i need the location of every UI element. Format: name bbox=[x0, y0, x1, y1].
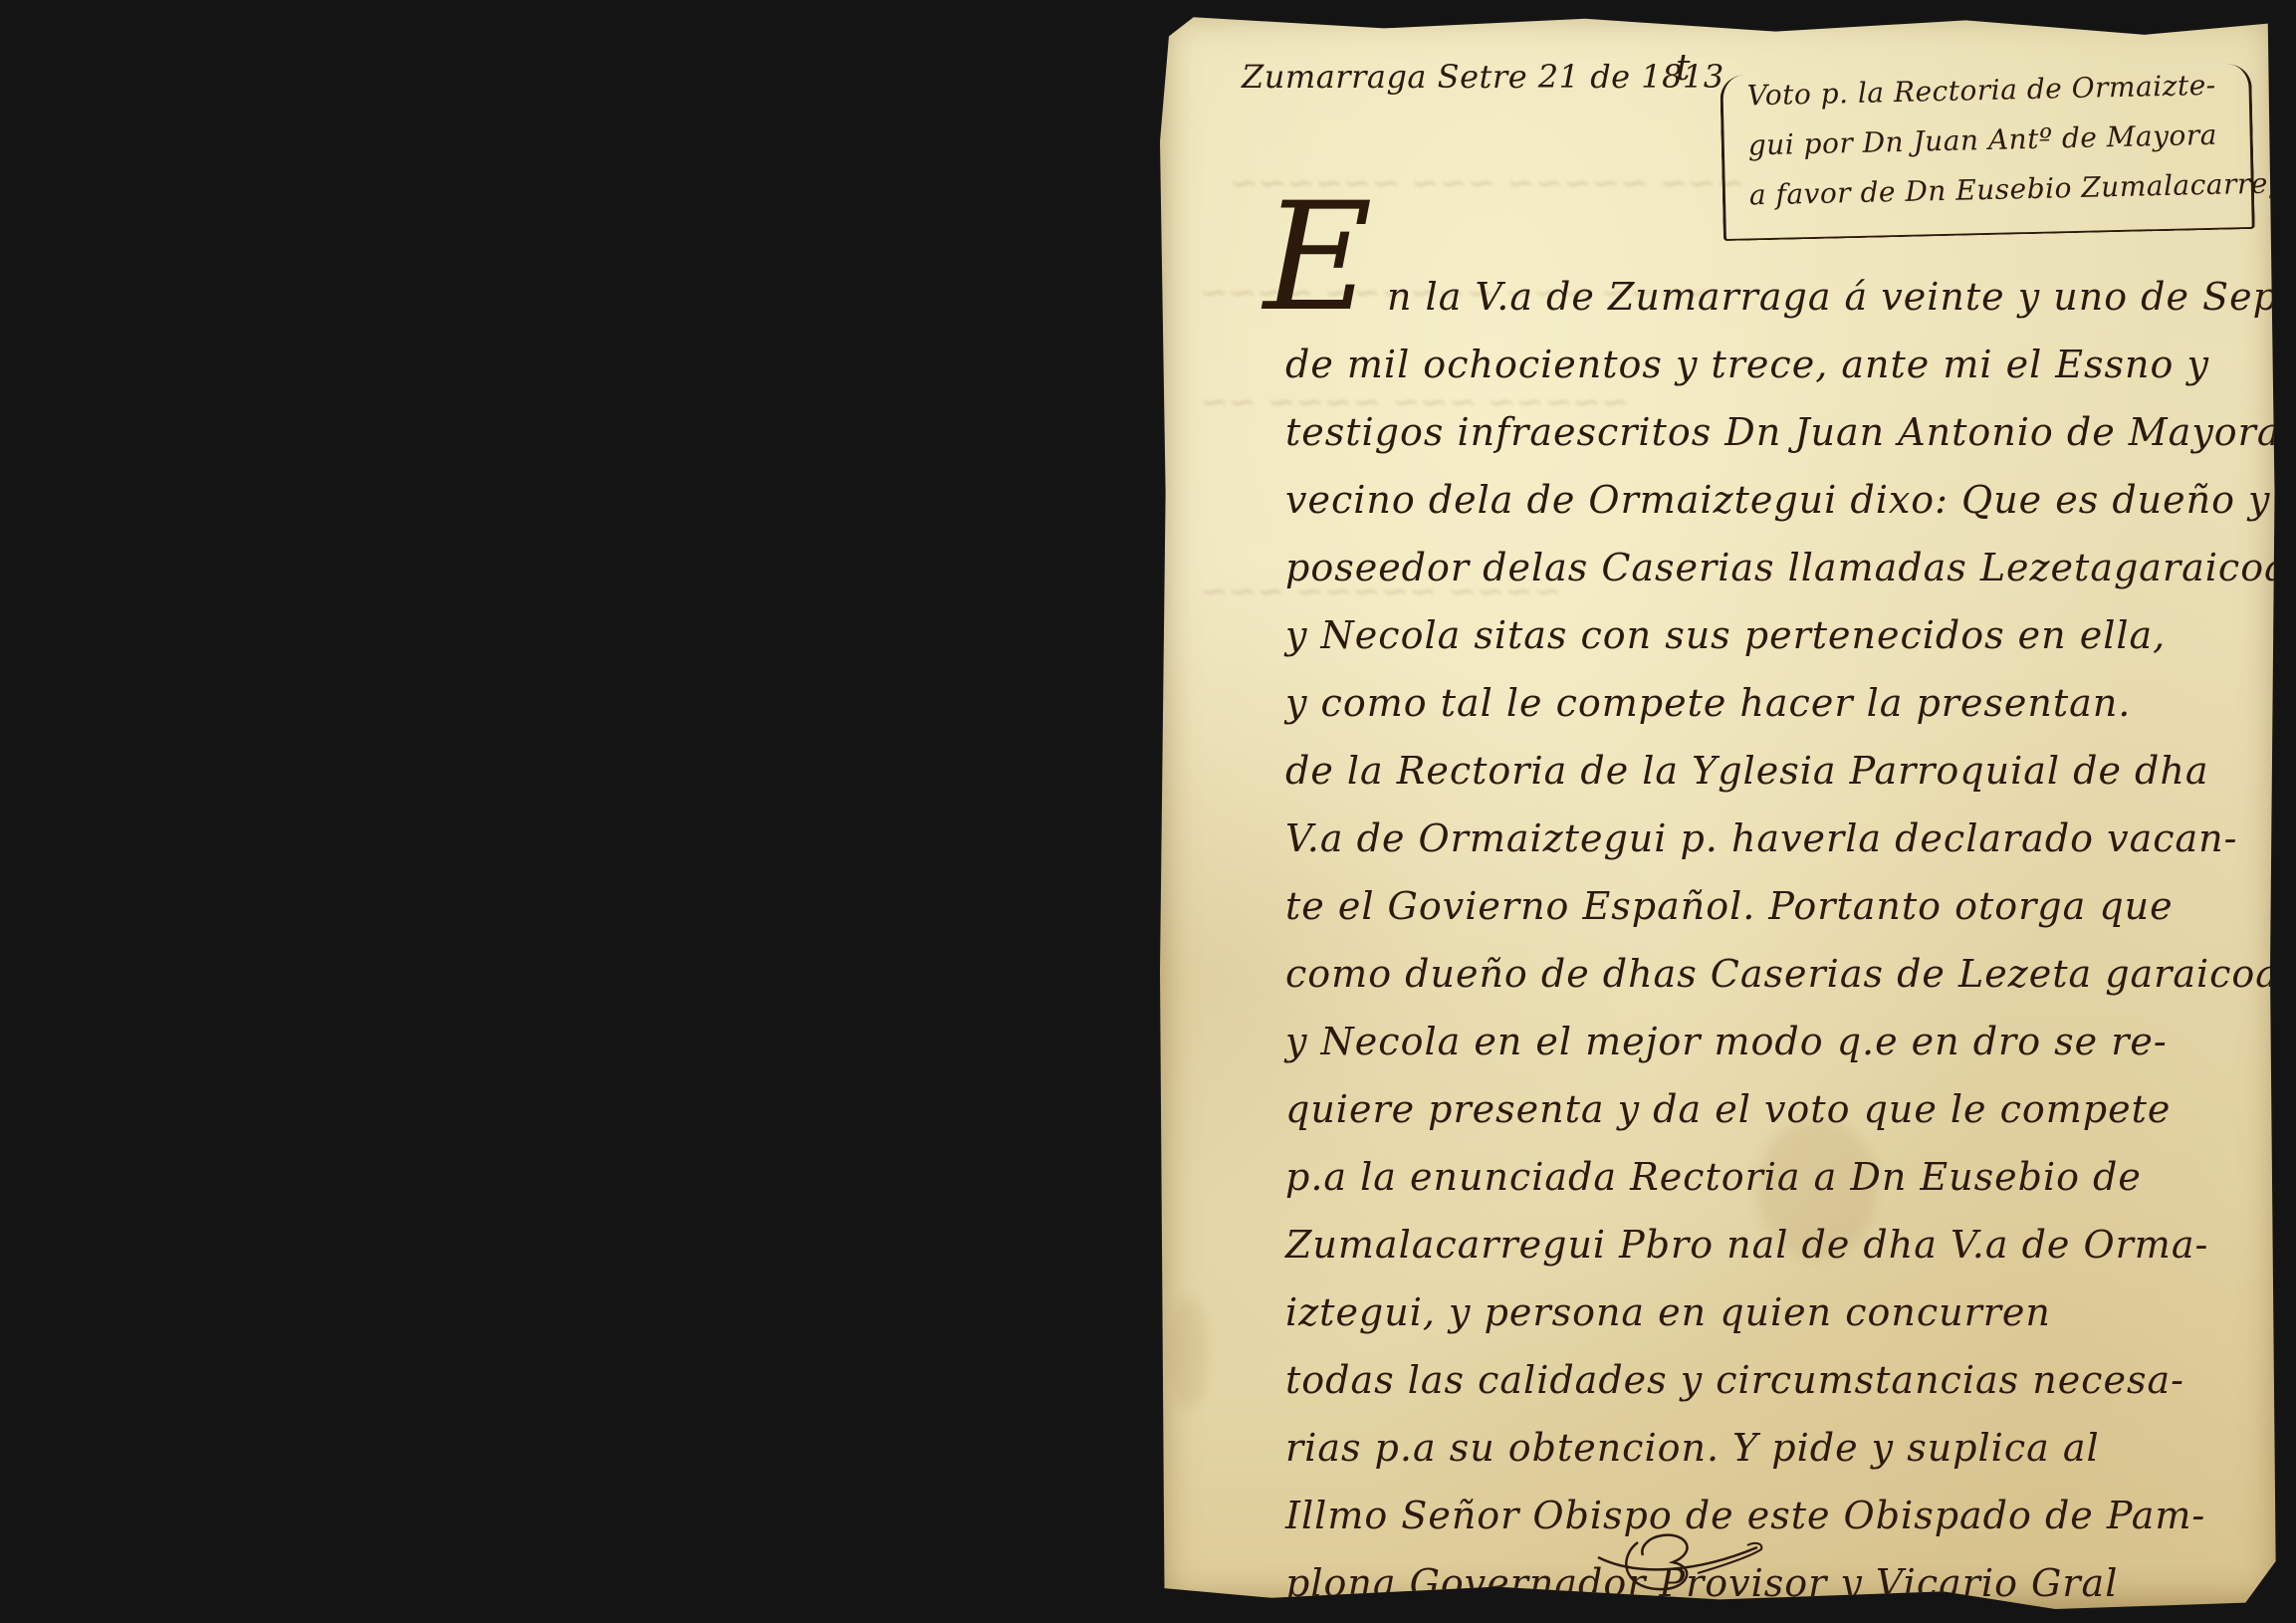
body-line: iztegui, y persona en quien concurren bbox=[1285, 1290, 2051, 1334]
body-line: vecino dela de Ormaiztegui dixo: Que es … bbox=[1285, 478, 2271, 522]
body-line: y como tal le compete hacer la presentan… bbox=[1285, 681, 2131, 725]
manuscript-page: ~~~ ~~~~~ ~~~ ~~~~~~ ~~~~ ~~~ ~~~~~~ ~~~… bbox=[1160, 14, 2279, 1609]
body-line: y Necola en el mejor modo q.e en dro se … bbox=[1285, 1020, 2168, 1063]
body-line: poseedor delas Caserias llamadas Lezetag… bbox=[1285, 546, 2288, 589]
subject-note-line: Voto p. la Rectoria de Ormaizte- bbox=[1746, 69, 2216, 113]
body-line: Zumalacarregui Pbro nal de dha V.a de Or… bbox=[1285, 1223, 2208, 1267]
body-line: y Necola sitas con sus pertenecidos en e… bbox=[1285, 613, 2166, 657]
paper-stain bbox=[1168, 1298, 1208, 1408]
body-line: V.a de Ormaiztegui p. haverla declarado … bbox=[1285, 816, 2237, 860]
body-line: todas las calidades y circumstancias nec… bbox=[1285, 1358, 2184, 1402]
header-mark: t bbox=[1676, 48, 1691, 89]
header-place-date: Zumarraga Setre 21 de 1813 bbox=[1242, 58, 1724, 96]
body-line: testigos infraescritos Dn Juan Antonio d… bbox=[1285, 410, 2281, 454]
body-line: de la Rectoria de la Yglesia Parroquial … bbox=[1285, 749, 2209, 793]
document-viewer: ~~~ ~~~~~ ~~~ ~~~~~~ ~~~~ ~~~ ~~~~~~ ~~~… bbox=[0, 0, 2296, 1623]
body-line: como dueño de dhas Caserias de Lezeta ga… bbox=[1285, 952, 2292, 996]
subject-note-line: gui por Dn Juan Antº de Mayora bbox=[1747, 118, 2217, 162]
body-line: rias p.a su obtencion. Y pide y suplica … bbox=[1285, 1426, 2100, 1470]
body-line: te el Govierno Español. Portanto otorga … bbox=[1285, 884, 2174, 928]
body-line: p.a la enunciada Rectoria a Dn Eusebio d… bbox=[1285, 1155, 2142, 1199]
signature-flourish-icon bbox=[1578, 1527, 1777, 1597]
body-line: n la V.a de Zumarraga á veinte y uno de … bbox=[1387, 275, 2296, 319]
subject-note-box: Voto p. la Rectoria de Ormaizte- gui por… bbox=[1720, 64, 2255, 241]
subject-note-line: a favor de Dn Eusebio Zumalacarregui bbox=[1749, 166, 2296, 212]
body-line: quiere presenta y da el voto que le comp… bbox=[1285, 1087, 2171, 1131]
drop-cap-letter: E bbox=[1263, 183, 1373, 333]
body-line: de mil ochocientos y trece, ante mi el E… bbox=[1285, 343, 2209, 386]
